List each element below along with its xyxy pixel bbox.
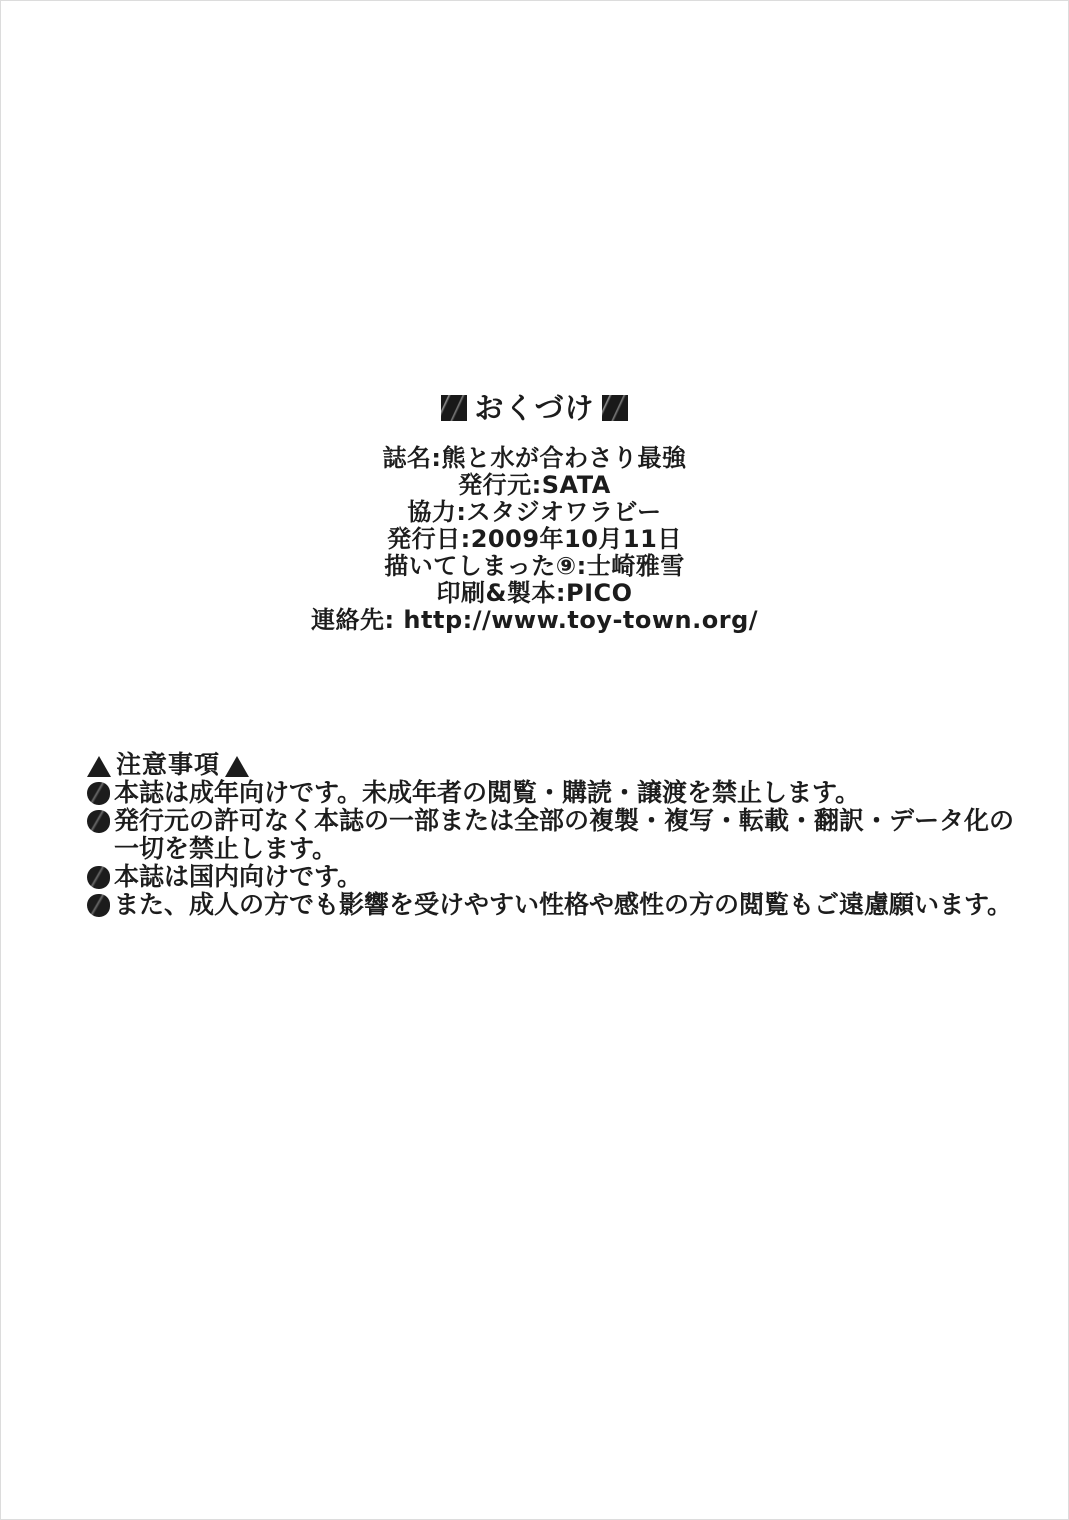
bullet-circle-icon — [87, 782, 110, 805]
colophon-line-contact-url: 連絡先: http://www.toy-town.org/ — [1, 607, 1068, 634]
page-title: おくづけ — [1, 393, 1068, 423]
notice-text: また、成人の方でも影響を受けやすい性格や感性の方の閲覧もご遠慮願います。 — [114, 891, 1012, 919]
notice-item: 本誌は国内向けです。 — [87, 863, 1027, 891]
bullet-circle-icon — [87, 866, 110, 889]
colophon-line-printing: 印刷&製本:PICO — [1, 580, 1068, 607]
bullet-circle-icon — [87, 810, 110, 833]
colophon-line-publish-date: 発行日:2009年10月11日 — [1, 526, 1068, 553]
notice-text: 一切を禁止します。 — [114, 835, 337, 863]
colophon-line-book-title: 誌名:熊と水が合わさり最強 — [1, 445, 1068, 472]
black-square-icon — [602, 395, 628, 421]
triangle-icon — [87, 756, 111, 777]
notice-text: 本誌は国内向けです。 — [114, 863, 362, 891]
notice-item: また、成人の方でも影響を受けやすい性格や感性の方の閲覧もご遠慮願います。 — [87, 891, 1027, 919]
notices-heading-text: 注意事項 — [116, 751, 220, 779]
colophon-line-publisher: 発行元:SATA — [1, 472, 1068, 499]
colophon-block: おくづけ 誌名:熊と水が合わさり最強 発行元:SATA 協力:スタジオワラビー … — [1, 393, 1068, 634]
notice-item: 本誌は成年向けです。未成年者の閲覧・購読・譲渡を禁止します。 — [87, 779, 1027, 807]
colophon-line-cooperation: 協力:スタジオワラビー — [1, 499, 1068, 526]
colophon-line-artist: 描いてしまった⑨:士崎雅雪 — [1, 553, 1068, 580]
notice-text: 発行元の許可なく本誌の一部または全部の複製・複写・転載・翻訳・データ化の — [114, 807, 1014, 835]
page-title-text: おくづけ — [474, 393, 594, 423]
triangle-icon — [225, 756, 249, 777]
black-square-icon — [441, 395, 467, 421]
notice-item-continuation: 一切を禁止します。 — [87, 835, 1027, 863]
notice-item: 発行元の許可なく本誌の一部または全部の複製・複写・転載・翻訳・データ化の — [87, 807, 1027, 835]
notices-heading: 注意事項 — [87, 751, 1027, 779]
notice-text: 本誌は成年向けです。未成年者の閲覧・購読・譲渡を禁止します。 — [114, 779, 860, 807]
scanned-colophon-page: おくづけ 誌名:熊と水が合わさり最強 発行元:SATA 協力:スタジオワラビー … — [0, 0, 1069, 1520]
bullet-circle-icon — [87, 894, 110, 917]
notices-block: 注意事項 本誌は成年向けです。未成年者の閲覧・購読・譲渡を禁止します。 発行元の… — [87, 751, 1027, 919]
